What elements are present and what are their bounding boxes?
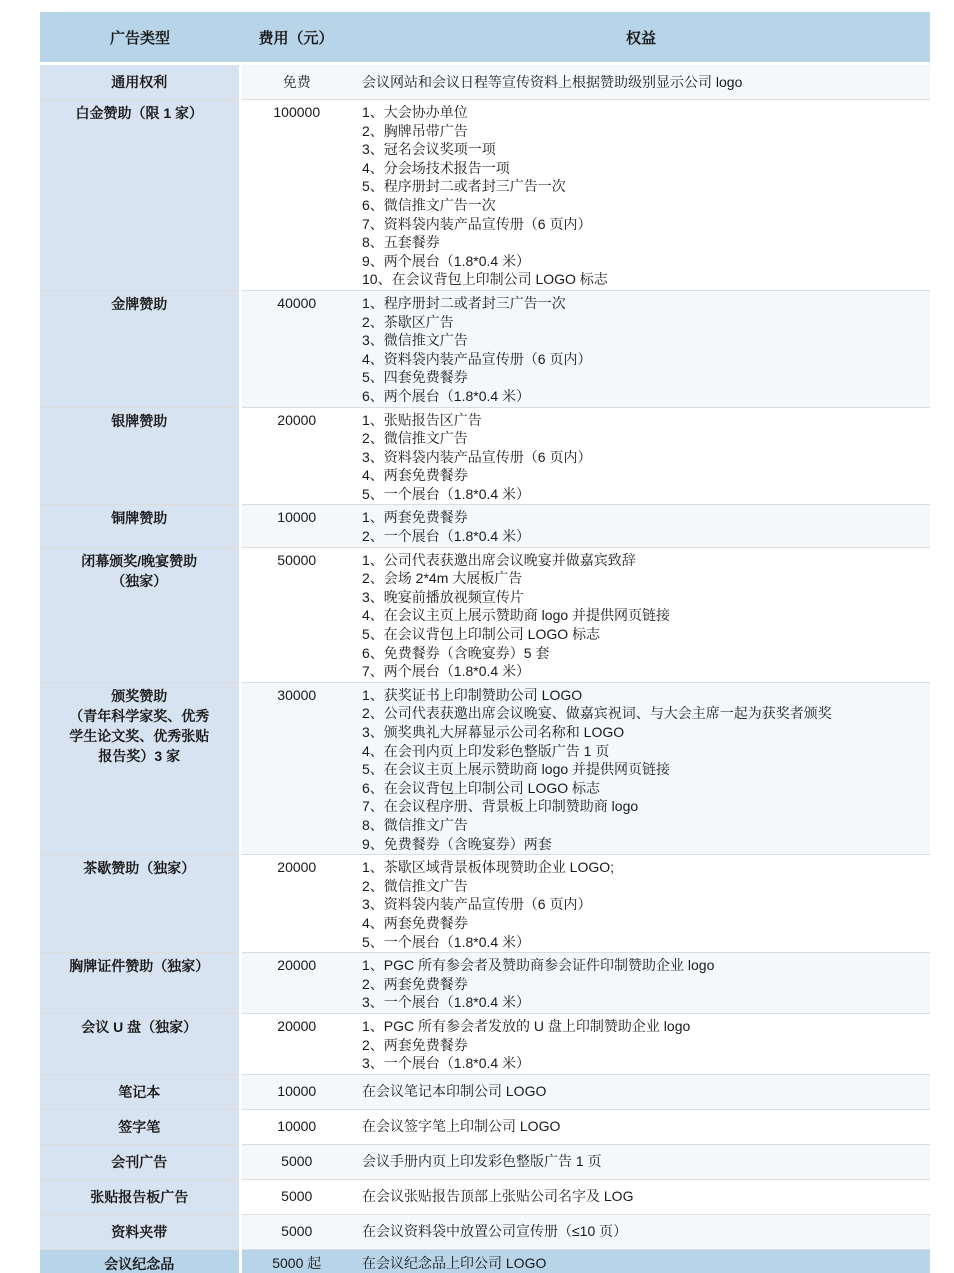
benefit-item: 5、在会议主页上展示赞助商 logo 并提供网页链接 — [362, 760, 930, 779]
benefit-item: 1、PGC 所有参会者发放的 U 盘上印制赞助企业 logo — [362, 1017, 930, 1036]
table-row: 会刊广告5000会议手册内页上印发彩色整版广告 1 页 — [40, 1144, 930, 1179]
benefit-item: 3、晚宴前播放视频宣传片 — [362, 588, 930, 607]
benefit-item: 4、在会议主页上展示赞助商 logo 并提供网页链接 — [362, 606, 930, 625]
table-row: 签字笔10000在会议签字笔上印制公司 LOGO — [40, 1109, 930, 1144]
ad-type-cell: 胸牌证件赞助（独家） — [40, 953, 240, 1014]
benefit-item: 1、张贴报告区广告 — [362, 411, 930, 430]
benefit-item: 2、两套免费餐券 — [362, 1036, 930, 1055]
benefits-cell: 在会议张贴报告顶部上张贴公司名字及 LOG — [352, 1179, 930, 1214]
benefit-item: 7、在会议程序册、背景板上印制赞助商 logo — [362, 797, 930, 816]
fee-cell: 20000 — [240, 1013, 352, 1074]
benefits-cell: 在会议签字笔上印制公司 LOGO — [352, 1109, 930, 1144]
fee-cell: 5000 — [240, 1144, 352, 1179]
benefit-item: 在会议签字笔上印制公司 LOGO — [362, 1117, 930, 1136]
benefit-item: 在会议资料袋中放置公司宣传册（≤10 页） — [362, 1222, 930, 1241]
table-header-row: 广告类型 费用（元） 权益 — [40, 12, 930, 64]
fee-cell: 30000 — [240, 682, 352, 854]
benefits-cell: 会议手册内页上印发彩色整版广告 1 页 — [352, 1144, 930, 1179]
benefit-item: 6、微信推文广告一次 — [362, 196, 930, 215]
benefit-item: 4、在会刊内页上印发彩色整版广告 1 页 — [362, 742, 930, 761]
benefit-item: 4、资料袋内装产品宣传册（6 页内） — [362, 350, 930, 369]
benefit-item: 2、一个展台（1.8*0.4 米） — [362, 527, 930, 546]
benefit-item: 会议手册内页上印发彩色整版广告 1 页 — [362, 1152, 930, 1171]
benefit-item: 4、分会场技术报告一项 — [362, 159, 930, 178]
benefits-cell: 1、大会协办单位2、胸牌吊带广告3、冠名会议奖项一项4、分会场技术报告一项5、程… — [352, 100, 930, 291]
fee-cell: 100000 — [240, 100, 352, 291]
table-row: 闭幕颁奖/晚宴赞助 （独家）500001、公司代表获邀出席会议晚宴并做嘉宾致辞2… — [40, 547, 930, 682]
benefit-item: 1、茶歇区域背景板体现赞助企业 LOGO; — [362, 858, 930, 877]
benefit-item: 3、一个展台（1.8*0.4 米） — [362, 993, 930, 1012]
table-row: 铜牌赞助100001、两套免费餐券2、一个展台（1.8*0.4 米） — [40, 505, 930, 547]
ad-type-cell: 白金赞助（限 1 家） — [40, 100, 240, 291]
sponsorship-table: 广告类型 费用（元） 权益 通用权利免费会议网站和会议日程等宣传资料上根据赞助级… — [40, 12, 930, 1273]
table-header-fee: 费用（元） — [240, 12, 352, 64]
table-row: 张贴报告板广告5000在会议张贴报告顶部上张贴公司名字及 LOG — [40, 1179, 930, 1214]
ad-type-cell: 颁奖赞助 （青年科学家奖、优秀 学生论文奖、优秀张贴 报告奖）3 家 — [40, 682, 240, 854]
benefit-item: 1、PGC 所有参会者及赞助商参会证件印制赞助企业 logo — [362, 956, 930, 975]
ad-type-cell: 通用权利 — [40, 64, 240, 100]
sponsor-table-body: 通用权利免费会议网站和会议日程等宣传资料上根据赞助级别显示公司 logo白金赞助… — [40, 64, 930, 1273]
benefit-item: 3、资料袋内装产品宣传册（6 页内） — [362, 895, 930, 914]
table-row: 银牌赞助200001、张贴报告区广告2、微信推文广告3、资料袋内装产品宣传册（6… — [40, 407, 930, 505]
benefits-cell: 在会议资料袋中放置公司宣传册（≤10 页） — [352, 1214, 930, 1249]
benefit-item: 1、公司代表获邀出席会议晚宴并做嘉宾致辞 — [362, 551, 930, 570]
page: 广告类型 费用（元） 权益 通用权利免费会议网站和会议日程等宣传资料上根据赞助级… — [0, 0, 954, 1273]
benefit-item: 8、微信推文广告 — [362, 816, 930, 835]
benefits-cell: 1、公司代表获邀出席会议晚宴并做嘉宾致辞2、会场 2*4m 大展板广告3、晚宴前… — [352, 547, 930, 682]
table-row: 笔记本10000在会议笔记本印制公司 LOGO — [40, 1074, 930, 1109]
benefits-cell: 1、张贴报告区广告2、微信推文广告3、资料袋内装产品宣传册（6 页内）4、两套免… — [352, 407, 930, 505]
benefit-item: 5、程序册封二或者封三广告一次 — [362, 177, 930, 196]
benefit-item: 2、微信推文广告 — [362, 877, 930, 896]
fee-cell: 10000 — [240, 505, 352, 547]
sponsorship-table-container: 广告类型 费用（元） 权益 通用权利免费会议网站和会议日程等宣传资料上根据赞助级… — [40, 12, 930, 1273]
benefits-cell: 1、PGC 所有参会者发放的 U 盘上印制赞助企业 logo2、两套免费餐券3、… — [352, 1013, 930, 1074]
benefit-item: 2、茶歇区广告 — [362, 313, 930, 332]
benefit-item: 5、一个展台（1.8*0.4 米） — [362, 485, 930, 504]
fee-cell: 20000 — [240, 407, 352, 505]
benefit-item: 3、一个展台（1.8*0.4 米） — [362, 1054, 930, 1073]
fee-cell: 5000 起 — [240, 1249, 352, 1273]
benefit-item: 9、免费餐券（含晚宴券）两套 — [362, 835, 930, 854]
ad-type-cell: 闭幕颁奖/晚宴赞助 （独家） — [40, 547, 240, 682]
fee-cell: 5000 — [240, 1214, 352, 1249]
ad-type-cell: 会议 U 盘（独家） — [40, 1013, 240, 1074]
benefit-item: 2、公司代表获邀出席会议晚宴、做嘉宾祝词、与大会主席一起为获奖者颁奖 — [362, 704, 930, 723]
table-row: 资料夹带5000在会议资料袋中放置公司宣传册（≤10 页） — [40, 1214, 930, 1249]
benefit-item: 1、大会协办单位 — [362, 103, 930, 122]
table-row: 会议 U 盘（独家）200001、PGC 所有参会者发放的 U 盘上印制赞助企业… — [40, 1013, 930, 1074]
fee-cell: 20000 — [240, 953, 352, 1014]
benefit-item: 1、程序册封二或者封三广告一次 — [362, 294, 930, 313]
benefits-cell: 1、茶歇区域背景板体现赞助企业 LOGO;2、微信推文广告3、资料袋内装产品宣传… — [352, 855, 930, 953]
benefit-item: 6、免费餐券（含晚宴券）5 套 — [362, 644, 930, 663]
benefit-item: 8、五套餐券 — [362, 233, 930, 252]
benefit-item: 3、微信推文广告 — [362, 331, 930, 350]
ad-type-cell: 笔记本 — [40, 1074, 240, 1109]
benefit-item: 10、在会议背包上印制公司 LOGO 标志 — [362, 270, 930, 289]
fee-cell: 10000 — [240, 1109, 352, 1144]
ad-type-cell: 会议纪念品 — [40, 1249, 240, 1273]
benefit-item: 9、两个展台（1.8*0.4 米） — [362, 252, 930, 271]
fee-cell: 免费 — [240, 64, 352, 100]
ad-type-cell: 铜牌赞助 — [40, 505, 240, 547]
benefits-cell: 1、PGC 所有参会者及赞助商参会证件印制赞助企业 logo2、两套免费餐券3、… — [352, 953, 930, 1014]
benefit-item: 在会议笔记本印制公司 LOGO — [362, 1082, 930, 1101]
fee-cell: 50000 — [240, 547, 352, 682]
benefit-item: 2、会场 2*4m 大展板广告 — [362, 569, 930, 588]
benefit-item: 5、在会议背包上印制公司 LOGO 标志 — [362, 625, 930, 644]
ad-type-cell: 签字笔 — [40, 1109, 240, 1144]
table-row: 金牌赞助400001、程序册封二或者封三广告一次2、茶歇区广告3、微信推文广告4… — [40, 290, 930, 407]
benefits-cell: 在会议笔记本印制公司 LOGO — [352, 1074, 930, 1109]
benefit-item: 7、资料袋内装产品宣传册（6 页内） — [362, 215, 930, 234]
benefit-item: 5、四套免费餐券 — [362, 368, 930, 387]
table-header-benefits: 权益 — [352, 12, 930, 64]
table-row: 会议纪念品5000 起在会议纪念品上印公司 LOGO — [40, 1249, 930, 1273]
benefits-cell: 1、程序册封二或者封三广告一次2、茶歇区广告3、微信推文广告4、资料袋内装产品宣… — [352, 290, 930, 407]
table-row: 茶歇赞助（独家）200001、茶歇区域背景板体现赞助企业 LOGO;2、微信推文… — [40, 855, 930, 953]
benefit-item: 2、胸牌吊带广告 — [362, 122, 930, 141]
ad-type-cell: 张贴报告板广告 — [40, 1179, 240, 1214]
benefit-item: 2、两套免费餐券 — [362, 975, 930, 994]
fee-cell: 20000 — [240, 855, 352, 953]
benefit-item: 1、两套免费餐券 — [362, 508, 930, 527]
fee-cell: 40000 — [240, 290, 352, 407]
benefit-item: 2、微信推文广告 — [362, 429, 930, 448]
ad-type-cell: 会刊广告 — [40, 1144, 240, 1179]
benefits-cell: 1、两套免费餐券2、一个展台（1.8*0.4 米） — [352, 505, 930, 547]
fee-cell: 5000 — [240, 1179, 352, 1214]
benefit-item: 3、资料袋内装产品宣传册（6 页内） — [362, 448, 930, 467]
benefits-cell: 会议网站和会议日程等宣传资料上根据赞助级别显示公司 logo — [352, 64, 930, 100]
benefit-item: 5、一个展台（1.8*0.4 米） — [362, 933, 930, 952]
benefit-item: 6、两个展台（1.8*0.4 米） — [362, 387, 930, 406]
benefit-item: 在会议纪念品上印公司 LOGO — [362, 1254, 930, 1273]
table-header-type: 广告类型 — [40, 12, 240, 64]
benefit-item: 3、冠名会议奖项一项 — [362, 140, 930, 159]
benefit-item: 在会议张贴报告顶部上张贴公司名字及 LOG — [362, 1187, 930, 1206]
table-row: 白金赞助（限 1 家）1000001、大会协办单位2、胸牌吊带广告3、冠名会议奖… — [40, 100, 930, 291]
table-row: 颁奖赞助 （青年科学家奖、优秀 学生论文奖、优秀张贴 报告奖）3 家300001… — [40, 682, 930, 854]
fee-cell: 10000 — [240, 1074, 352, 1109]
benefit-item: 会议网站和会议日程等宣传资料上根据赞助级别显示公司 logo — [362, 73, 930, 92]
benefit-item: 1、获奖证书上印制赞助公司 LOGO — [362, 686, 930, 705]
ad-type-cell: 茶歇赞助（独家） — [40, 855, 240, 953]
benefit-item: 6、在会议背包上印制公司 LOGO 标志 — [362, 779, 930, 798]
ad-type-cell: 银牌赞助 — [40, 407, 240, 505]
benefit-item: 4、两套免费餐券 — [362, 466, 930, 485]
benefits-cell: 在会议纪念品上印公司 LOGO — [352, 1249, 930, 1273]
table-row: 通用权利免费会议网站和会议日程等宣传资料上根据赞助级别显示公司 logo — [40, 64, 930, 100]
table-row: 胸牌证件赞助（独家）200001、PGC 所有参会者及赞助商参会证件印制赞助企业… — [40, 953, 930, 1014]
benefit-item: 3、颁奖典礼大屏幕显示公司名称和 LOGO — [362, 723, 930, 742]
benefits-cell: 1、获奖证书上印制赞助公司 LOGO2、公司代表获邀出席会议晚宴、做嘉宾祝词、与… — [352, 682, 930, 854]
ad-type-cell: 金牌赞助 — [40, 290, 240, 407]
ad-type-cell: 资料夹带 — [40, 1214, 240, 1249]
benefit-item: 7、两个展台（1.8*0.4 米） — [362, 662, 930, 681]
benefit-item: 4、两套免费餐券 — [362, 914, 930, 933]
